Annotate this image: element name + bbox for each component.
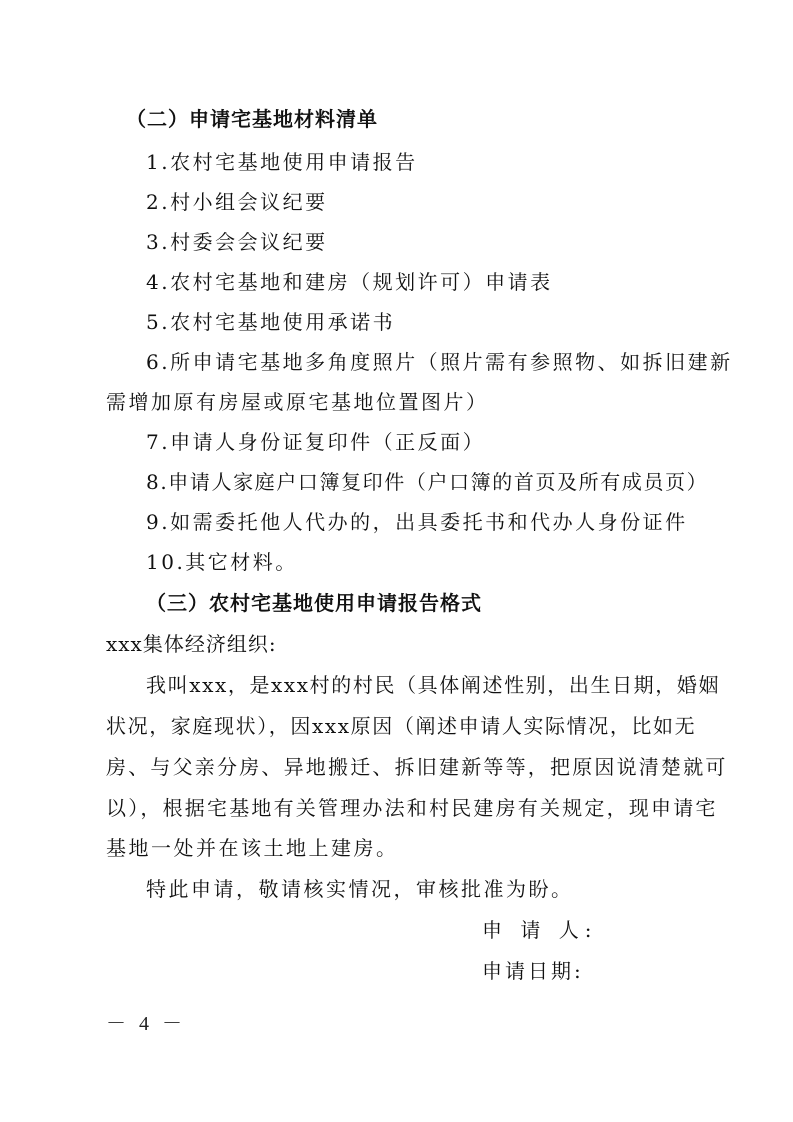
list-item: 10.其它材料。: [146, 550, 298, 574]
body-line: 以），根据宅基地有关管理办法和村民建房有关规定，现申请宅: [106, 796, 718, 820]
body-line: 基地一处并在该土地上建房。: [106, 836, 399, 860]
body-line: 我叫xxx，是xxx村的村民（具体阐述性别，出生日期，婚姻: [146, 673, 720, 697]
list-item: 6.所申请宅基地多角度照片（照片需有参照物、如拆旧建新: [146, 350, 733, 374]
list-item: 7.申请人身份证复印件（正反面）: [146, 430, 485, 454]
applicant-label: 申 请 人:: [482, 918, 597, 942]
closing-line: 特此申请，敬请核实情况，审核批准为盼。: [146, 877, 574, 901]
list-item-continuation: 需增加原有房屋或原宅基地位置图片）: [106, 390, 489, 414]
document-page: （二）申请宅基地材料清单 1.农村宅基地使用申请报告 2.村小组会议纪要 3.村…: [0, 0, 793, 1122]
list-item: 4.农村宅基地和建房（规划许可）申请表: [146, 270, 553, 294]
list-item: 9.如需委托他人代办的，出具委托书和代办人身份证件: [146, 510, 688, 534]
list-item: 5.农村宅基地使用承诺书: [146, 310, 395, 334]
page-number: － 4 －: [106, 1012, 186, 1036]
list-item: 3.村委会会议纪要: [146, 230, 328, 254]
body-line: 状况，家庭现状），因xxx原因（阐述申请人实际情况，比如无: [106, 714, 696, 738]
section-heading-materials-list: （二）申请宅基地材料清单: [126, 107, 378, 131]
list-item: 2.村小组会议纪要: [146, 190, 328, 214]
list-item: 1.农村宅基地使用申请报告: [146, 150, 418, 174]
application-date-label: 申请日期:: [482, 959, 584, 983]
body-line: 房、与父亲分房、异地搬迁、拆旧建新等等，把原因说清楚就可: [106, 755, 728, 779]
section-heading-report-format: （三）农村宅基地使用申请报告格式: [146, 591, 482, 615]
addressee: xxx集体经济组织:: [106, 632, 277, 656]
list-item: 8.申请人家庭户口簿复印件（户口簿的首页及所有成员页）: [146, 470, 708, 494]
